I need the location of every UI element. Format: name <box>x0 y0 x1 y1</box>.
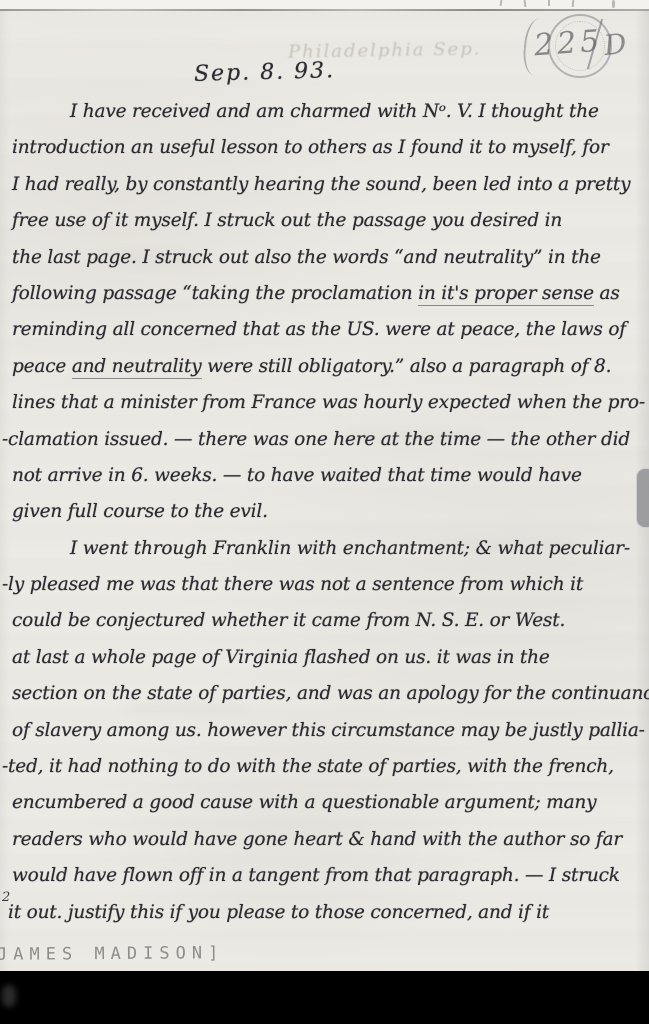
manuscript-line: I have received and am charmed with Nᵒ. … <box>12 94 644 130</box>
underlined-phrase: in it's proper sense <box>418 283 594 306</box>
manuscript-line: I went through Franklin with enchantment… <box>12 531 644 567</box>
manuscript-line: readers who would have gone heart & hand… <box>12 822 644 858</box>
line-segment: were still obligatory.” also a paragraph… <box>202 356 612 377</box>
footnote-mark: 2 <box>2 890 10 905</box>
line-segment: not arrive in 6. weeks. — to have waited… <box>12 465 582 486</box>
line-segment: following passage “taking the proclamati… <box>12 283 418 304</box>
manuscript-line: reminding all concerned that as the US. … <box>12 312 644 348</box>
manuscript-line: not arrive in 6. weeks. — to have waited… <box>12 458 644 494</box>
line-segment: at last a whole page of Virginia flashed… <box>12 647 550 668</box>
line-segment: -ly pleased me was that there was not a … <box>2 574 583 595</box>
manuscript-line: introduction an useful lesson to others … <box>12 130 644 166</box>
manuscript-line: given full course to the evil. <box>12 494 644 530</box>
line-segment: introduction an useful lesson to others … <box>12 137 609 158</box>
cutoff-pencil-mark <box>548 0 550 6</box>
line-segment: encumbered a good cause with a questiona… <box>12 792 596 813</box>
manuscript-line: -clamation issued. — there was one here … <box>2 422 644 458</box>
scan-artifact-smudge <box>2 985 16 1007</box>
manuscript-line: at last a whole page of Virginia flashed… <box>12 640 644 676</box>
page-top-edge <box>0 9 649 11</box>
scan-bottom-black-bar <box>0 971 649 1024</box>
manuscript-line: following passage “taking the proclamati… <box>12 276 644 312</box>
letter-lines: I have received and am charmed with Nᵒ. … <box>12 94 644 931</box>
manuscript-line: -ly pleased me was that there was not a … <box>2 567 644 603</box>
scrollbar-thumb[interactable] <box>636 468 649 528</box>
line-segment: of slavery among us. however this circum… <box>12 720 645 741</box>
scan-top-margin <box>0 0 649 9</box>
line-segment: given full course to the evil. <box>12 501 268 522</box>
line-segment: free use of it myself. I struck out the … <box>12 210 562 231</box>
manuscript-line: free use of it myself. I struck out the … <box>12 203 644 239</box>
line-segment: lines that a minister from France was ho… <box>12 392 645 413</box>
manuscript-line: peace and neutrality were still obligato… <box>12 349 644 385</box>
archivist-caption: JAMES MADISON] <box>0 943 224 965</box>
line-segment: peace <box>12 356 72 377</box>
stamp-letter: D <box>602 27 628 62</box>
line-segment: the last page. I struck out also the wor… <box>12 247 601 268</box>
line-segment: I went through Franklin with enchantment… <box>70 538 630 559</box>
manuscript-line: -ted, it had nothing to do with the stat… <box>2 749 644 785</box>
underlined-phrase: and neutrality <box>72 356 202 379</box>
manuscript-line: encumbered a good cause with a questiona… <box>12 785 644 821</box>
date-line: Sep. 8. 93. <box>194 58 336 87</box>
line-segment: reminding all concerned that as the US. … <box>12 319 626 340</box>
manuscript-line: the last page. I struck out also the wor… <box>12 240 644 276</box>
manuscript-line: section on the state of parties, and was… <box>12 676 644 712</box>
cutoff-pencil-mark <box>612 0 615 8</box>
line-segment: -clamation issued. — there was one here … <box>2 429 630 450</box>
manuscript-line: it out. justify this if you please to th… <box>8 895 644 931</box>
line-segment: readers who would have gone heart & hand… <box>12 829 622 850</box>
line-segment: I have received and am charmed with Nᵒ. … <box>70 101 599 122</box>
line-segment: it out. justify this if you please to th… <box>8 902 549 923</box>
manuscript-line: of slavery among us. however this circum… <box>12 713 644 749</box>
manuscript-line: I had really, by constantly hearing the … <box>12 167 644 203</box>
line-segment: section on the state of parties, and was… <box>12 683 649 704</box>
manuscript-line: could be conjectured whether it came fro… <box>12 603 644 639</box>
line-segment: would have flown off in a tangent from t… <box>12 865 620 886</box>
scan-viewport: 225 D Philadelphia Sep. Sep. 8. 93. I ha… <box>0 0 649 1024</box>
manuscript-line: lines that a minister from France was ho… <box>12 385 644 421</box>
line-segment: could be conjectured whether it came fro… <box>12 610 565 631</box>
line-segment: I had really, by constantly hearing the … <box>12 174 630 195</box>
letter-page: 225 D Philadelphia Sep. Sep. 8. 93. I ha… <box>0 0 649 971</box>
line-segment: -ted, it had nothing to do with the stat… <box>2 756 614 777</box>
line-segment: as <box>594 283 620 304</box>
manuscript-line: would have flown off in a tangent from t… <box>12 858 644 894</box>
